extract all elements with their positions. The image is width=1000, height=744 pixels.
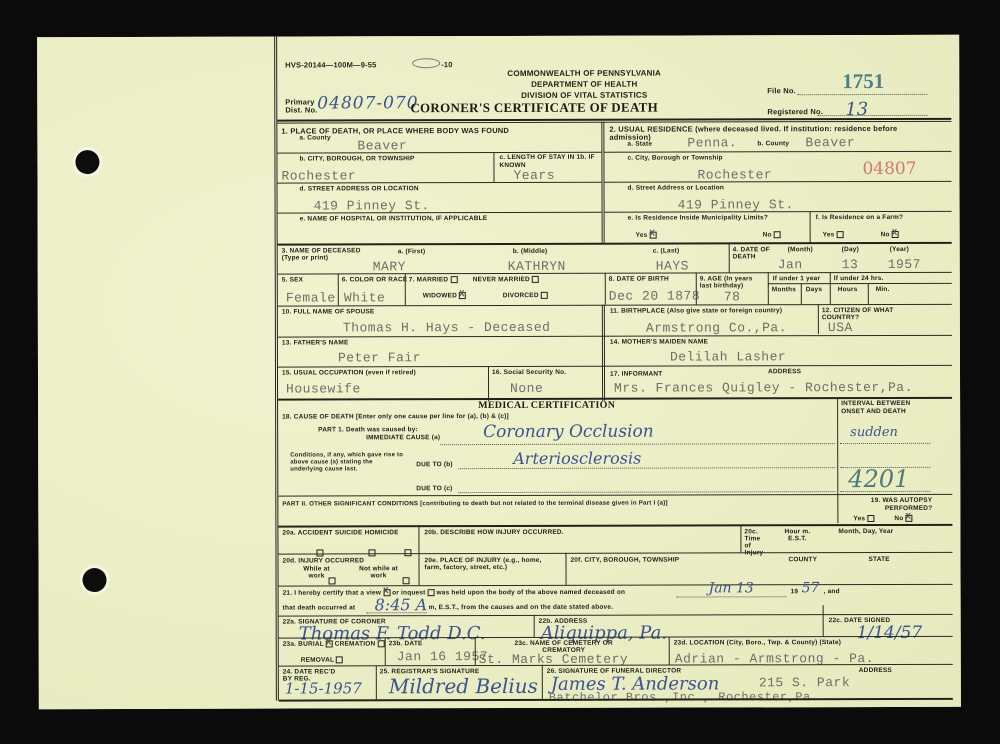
residence-county-value: Beaver xyxy=(805,135,855,150)
widowed-option[interactable]: WIDOWED xyxy=(423,292,468,299)
farm-yes[interactable]: Yes xyxy=(823,231,846,238)
residence-city-value: Rochester xyxy=(697,167,772,182)
death-certificate-document: HVS-20144—100M—9-55 -10 COMMONWEALTH OF … xyxy=(37,35,961,709)
date-signed-value: 1/14/57 xyxy=(857,623,923,643)
due-to-b-value: Arteriosclerosis xyxy=(513,449,641,468)
never-married-option[interactable]: NEVER MARRIED xyxy=(473,276,541,283)
last-name-value: HAYS xyxy=(656,259,689,274)
funeral-director-address: 215 S. Park xyxy=(759,675,850,690)
spouse-value: Thomas H. Hays - Deceased xyxy=(343,320,551,336)
farm-no[interactable]: No xyxy=(881,231,901,238)
cremation-option[interactable]: CREMATION xyxy=(335,640,387,647)
divorced-option[interactable]: DIVORCED xyxy=(503,292,550,299)
death-day-value: 13 xyxy=(842,257,859,272)
certificate-form: HVS-20144—100M—9-55 -10 COMMONWEALTH OF … xyxy=(274,35,953,701)
checkbox-checked[interactable] xyxy=(649,232,656,239)
birthplace-value: Armstrong Co.,Pa. xyxy=(646,320,787,335)
checkbox-checked[interactable] xyxy=(892,231,899,238)
father-name-value: Peter Fair xyxy=(338,350,421,365)
checkbox[interactable] xyxy=(532,276,539,283)
primary-dist-label: Primary Dist. No. xyxy=(285,98,317,114)
checkbox-checked[interactable] xyxy=(459,292,466,299)
inside-limits-no[interactable]: No xyxy=(763,231,783,238)
registered-no-label: Registered No. xyxy=(767,107,823,116)
race-value: White xyxy=(344,290,386,305)
primary-dist-value: 04807-070 xyxy=(317,93,418,113)
death-street-value: 419 Pinney St. xyxy=(314,198,430,213)
checkbox-checked[interactable] xyxy=(905,515,912,522)
medical-certification-title: MEDICAL CERTIFICATION xyxy=(478,400,615,411)
burial-option[interactable]: 23a. BURIAL xyxy=(283,640,335,647)
checkbox[interactable] xyxy=(403,578,410,585)
removal-option[interactable]: REMOVAL xyxy=(301,656,345,663)
while-at-work-checkbox[interactable] xyxy=(327,572,338,590)
occupation-value: Housewife xyxy=(286,381,361,396)
registrar-signature: Mildred Belius xyxy=(389,674,538,698)
punch-hole xyxy=(83,568,107,592)
checkbox[interactable] xyxy=(774,231,781,238)
informant-value: Mrs. Frances Quigley - Rochester,Pa. xyxy=(614,380,913,396)
checkbox[interactable] xyxy=(336,656,343,663)
usual-residence-label: 2. USUAL RESIDENCE (where deceased lived… xyxy=(609,125,939,142)
file-no-value: 1751 xyxy=(842,69,884,94)
inside-limits-yes[interactable]: Yes xyxy=(636,232,659,239)
checkbox[interactable] xyxy=(450,276,457,283)
date-received-value: 1-15-1957 xyxy=(285,679,362,697)
binding-stub xyxy=(37,37,275,710)
residence-street-value: 419 Pinney St. xyxy=(678,197,794,212)
residence-state-value: Penna. xyxy=(687,135,737,150)
mother-name-value: Delilah Lasher xyxy=(670,349,786,364)
death-city-value: Rochester xyxy=(281,168,356,183)
checkbox[interactable] xyxy=(836,231,843,238)
checkbox-checked[interactable] xyxy=(326,640,333,647)
death-county-value: Beaver xyxy=(357,138,407,153)
ssn-value: None xyxy=(510,381,543,396)
autopsy-no[interactable]: No xyxy=(894,515,914,522)
registered-no-value: 13 xyxy=(845,99,868,120)
checkbox[interactable] xyxy=(541,292,548,299)
immediate-cause-value: Coronary Occlusion xyxy=(483,422,654,442)
held-on-year-value: 57 xyxy=(802,580,820,596)
certificate-title: CORONER'S CERTIFICATE OF DEATH xyxy=(410,100,658,117)
length-of-stay-value: Years xyxy=(513,168,555,183)
held-on-date-value: Jan 13 xyxy=(709,580,754,596)
checkbox[interactable] xyxy=(867,515,874,522)
death-month-value: Jan xyxy=(778,257,803,272)
date-of-birth-value: Dec 20 1878 xyxy=(609,288,700,303)
autopsy-yes[interactable]: Yes xyxy=(853,515,876,522)
immediate-interval-value: sudden xyxy=(850,425,898,440)
checkbox[interactable] xyxy=(329,578,336,585)
age-value: 78 xyxy=(724,289,741,304)
certification-line-1: 21. I hereby certify that a viewor inque… xyxy=(283,589,626,597)
inquest-checkbox[interactable] xyxy=(428,589,435,596)
checkbox[interactable] xyxy=(377,640,384,647)
union-label-icon xyxy=(412,58,440,68)
middle-name-value: KATHRYN xyxy=(508,259,566,274)
punch-hole xyxy=(75,150,99,174)
file-no-label: File No. xyxy=(767,86,796,95)
death-year-value: 1957 xyxy=(888,257,921,272)
married-option[interactable]: 7. MARRIED xyxy=(409,276,460,283)
cause-code-value: 4201 xyxy=(848,465,909,493)
residence-city-code: 04807 xyxy=(862,159,916,179)
not-while-at-work-checkbox[interactable] xyxy=(401,572,412,590)
citizen-value: USA xyxy=(828,320,853,335)
first-name-value: MARY xyxy=(373,259,406,274)
sex-value: Female xyxy=(286,290,336,305)
death-time-value: 8:45 A xyxy=(375,595,428,614)
